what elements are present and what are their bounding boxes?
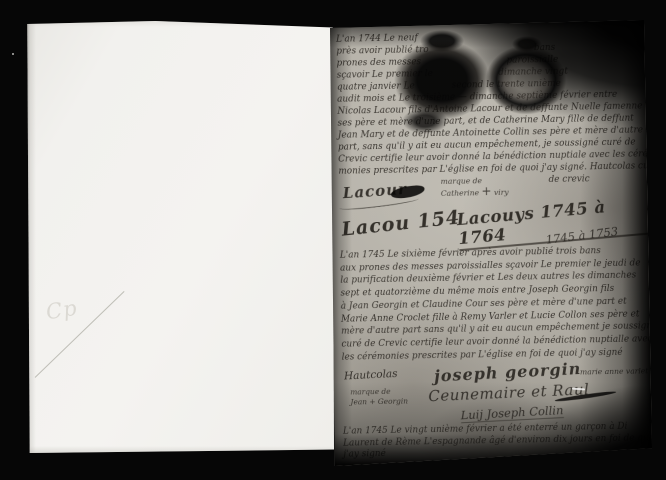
bride-mark: marque de Catherine + viry (441, 176, 509, 199)
manuscript-text: L'an 1744 Le neuf près avoir publié tro … (336, 28, 644, 33)
burial-act-1745: L'an 1745 Le vingt unième février a été … (343, 421, 652, 461)
cure-signature: Hautcolas (344, 368, 398, 383)
witness-signature: Luij Joseph Collin (460, 403, 563, 423)
signature-block-1745: Hautcolas joseph georgin marie anne varl… (342, 362, 651, 425)
stamp-ink-smudge (402, 108, 448, 134)
manuscript-right-page: L'an 1744 Le neuf près avoir publié tro … (330, 20, 652, 466)
witness-mark: marque de Jean + Georgin (350, 386, 408, 406)
mark-name: Catherine + viry (441, 186, 509, 199)
crowned-double-seal-ink-stamp-icon (394, 34, 572, 124)
page-edge-shading (26, 21, 334, 453)
cote-annotation: Lacou 154 (341, 206, 462, 240)
blank-left-page: Cp (26, 21, 334, 453)
dust-speck (12, 53, 14, 55)
archival-scan-frame: Cp L'an 1744 Le neuf près avoir publié t… (0, 0, 666, 480)
stamp-seal-ring (484, 44, 568, 116)
pencil-annotation: Cp (44, 296, 79, 325)
cross-mark-icon: + (481, 184, 491, 198)
mark-name: Jean + Georgin (350, 396, 408, 407)
stamp-ink-blob (394, 40, 490, 120)
marriage-act-1745: L'an 1745 Le sixième février après avoir… (340, 244, 650, 364)
bride-signature: marie anne varlet (580, 366, 648, 376)
